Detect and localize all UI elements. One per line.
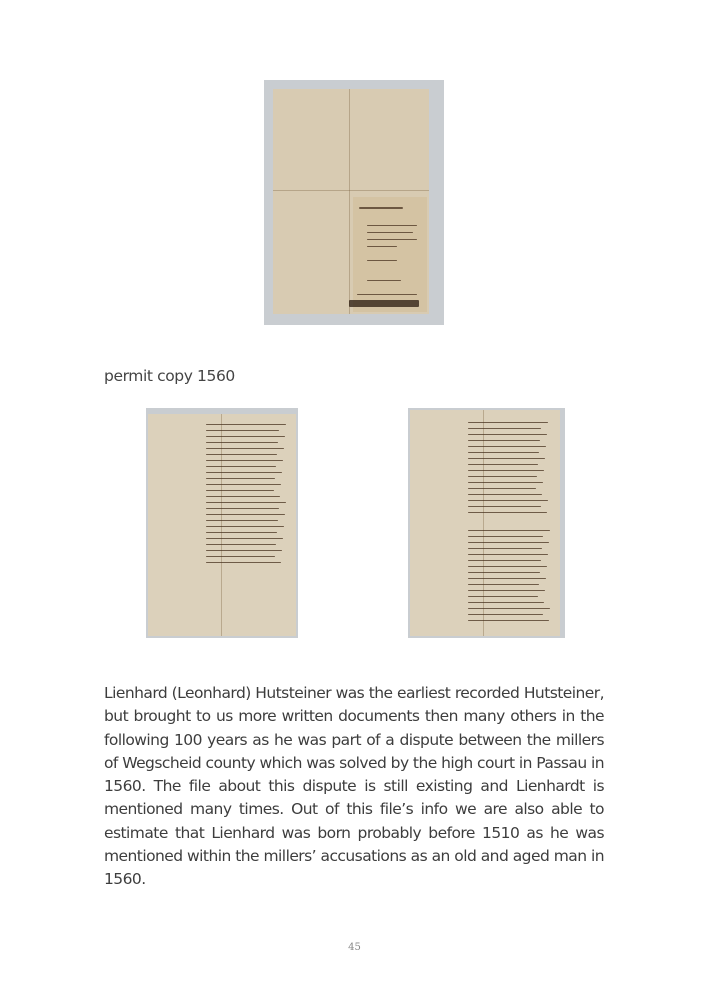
handwriting-lines [410,410,560,636]
parchment [273,89,429,314]
parchment [410,410,560,636]
manuscript-right-photo [408,408,565,638]
page-number: 45 [0,942,709,953]
handwriting-block [353,197,427,312]
parchment [148,414,296,636]
body-paragraph: Lienhard (Leonhard) Hutsteiner was the e… [104,682,604,892]
manuscript-left-photo [146,408,298,638]
permit-document-photo [264,80,444,325]
figure-caption: permit copy 1560 [104,367,235,385]
handwriting-lines [148,414,296,636]
signature [349,300,419,307]
